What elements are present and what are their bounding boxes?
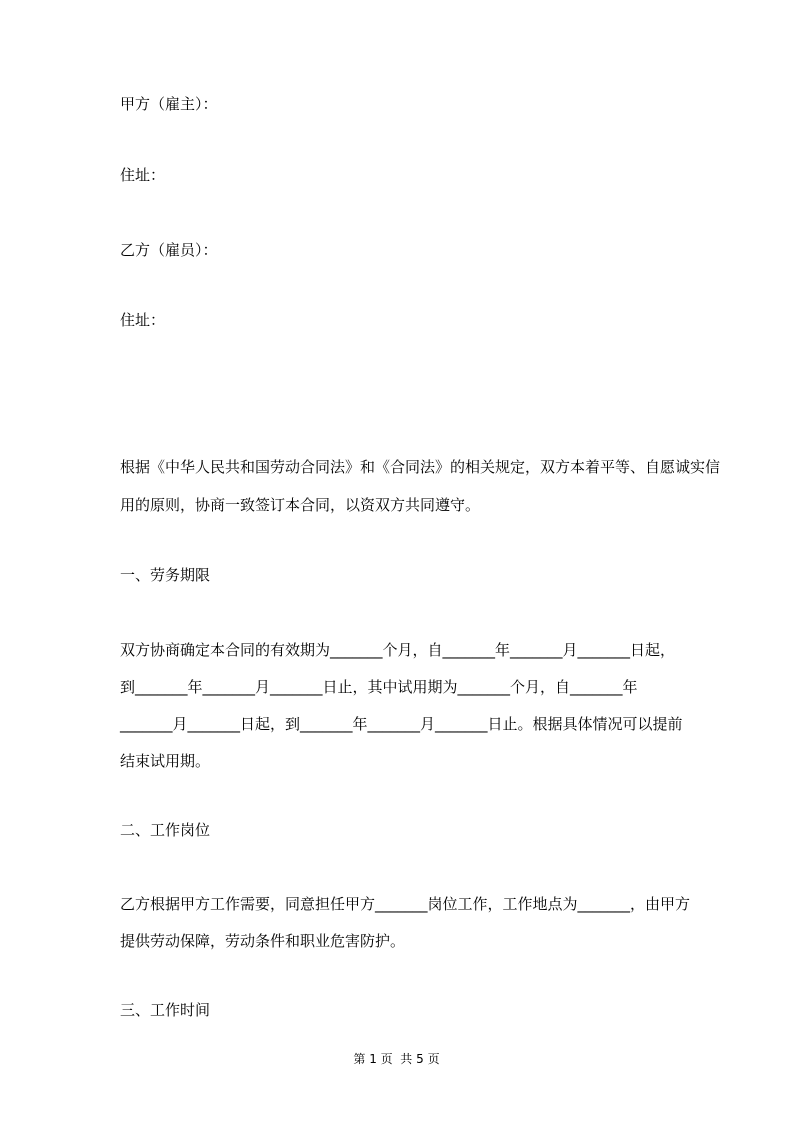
party-a-address-label: 住址： [120,167,165,183]
contract-document-page: 甲方（雇主）： 住址： 乙方（雇员）： 住址： 根据《中华人民共和国劳动合同法》… [0,0,793,1122]
intro-line-1: 根据《中华人民共和国劳动合同法》和《合同法》的相关规定，双方本着平等、自愿诚实信 [120,448,676,486]
section-2-heading: 二、工作岗位 [120,822,210,838]
section-1-line-1: 双方协商确定本合同的有效期为_______个月，自_______年_______… [120,632,676,669]
section-2-line-2: 提供劳动保障，劳动条件和职业危害防护。 [120,923,676,960]
section-1-line-2: 到_______年_______月_______日止，其中试用期为_______… [120,669,676,706]
party-b-label: 乙方（雇员）： [120,242,218,258]
intro-line-2: 用的原则，协商一致签订本合同，以资双方共同遵守。 [120,486,676,524]
intro-paragraph: 根据《中华人民共和国劳动合同法》和《合同法》的相关规定，双方本着平等、自愿诚实信… [120,448,676,524]
section-1-paragraph: 双方协商确定本合同的有效期为_______个月，自_______年_______… [120,632,676,780]
section-1-line-3: _______月_______日起，到_______年_______月_____… [120,706,676,743]
party-a-label: 甲方（雇主）： [120,96,218,112]
section-1-heading: 一、劳务期限 [120,567,210,583]
section-2-line-1: 乙方根据甲方工作需要，同意担任甲方_______岗位工作，工作地点为______… [120,886,676,923]
page-footer: 第 1 页 共 5 页 [0,1052,793,1066]
party-b-address-label: 住址： [120,312,165,328]
section-1-line-4: 结束试用期。 [120,743,676,780]
section-3-heading: 三、工作时间 [120,1002,210,1018]
section-2-paragraph: 乙方根据甲方工作需要，同意担任甲方_______岗位工作，工作地点为______… [120,886,676,960]
